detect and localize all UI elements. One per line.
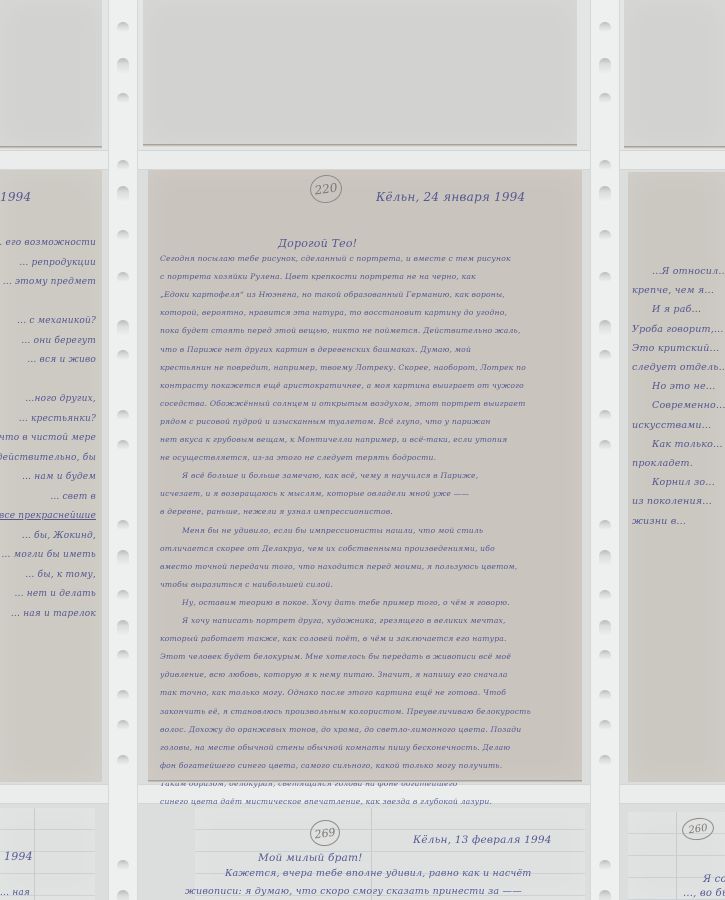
center-letter-page: 220 Кёльн, 24 января 1994 Дорогой Тео! С… xyxy=(148,170,582,782)
punch-hole xyxy=(117,890,129,900)
letter-line: пока будет стоять перед этой вещью, никт… xyxy=(160,326,560,335)
letter-line: с портрета хозяйки Рулена. Цвет крепкост… xyxy=(160,272,560,281)
punch-hole xyxy=(117,860,129,870)
letter-line: Я всё больше и больше замечаю, как всё, … xyxy=(182,471,560,480)
left-letter-line: ... ная и тарелок xyxy=(11,609,96,619)
place-date: Кёльн, 24 января 1994 xyxy=(376,190,525,204)
letter-line: отличается скорее от Делакруа, чем их со… xyxy=(160,544,560,553)
punch-hole xyxy=(599,860,611,870)
letter-line: Я хочу написать портрет друга, художника… xyxy=(182,616,560,625)
left-letter-date: 1994 xyxy=(0,190,31,204)
letter-line: который работает также, как соловей поёт… xyxy=(160,634,560,643)
bottom-right-letter-page: 260 Я созн... ..., во бы... xyxy=(628,812,725,900)
top-left-page xyxy=(0,0,102,148)
margin-line xyxy=(34,808,35,900)
punch-hole xyxy=(117,590,129,600)
punch-hole xyxy=(599,350,611,360)
bottom-right-folio-number: 260 xyxy=(681,816,716,842)
top-center-page-edge xyxy=(143,144,577,147)
punch-hole xyxy=(117,350,129,360)
letter-line: крестьянин не повредит, например, твоему… xyxy=(160,363,560,372)
right-letter-line: крепче, чем я... xyxy=(632,285,714,296)
bottom-left-line: ... ная xyxy=(0,888,30,898)
punch-hole xyxy=(599,550,611,568)
left-letter-line: ...ного других, xyxy=(25,394,96,404)
punch-hole xyxy=(599,440,611,450)
letter-line: волос. Дохожу до оранжевых тонов, до хро… xyxy=(160,725,560,734)
punch-hole xyxy=(117,550,129,568)
right-letter-line: Это критский... xyxy=(632,343,719,354)
letter-line: „Едоки картофеля“ из Нюэнена, но такой о… xyxy=(160,290,560,299)
letter-line: синего цвета даёт мистическое впечатлени… xyxy=(160,797,560,806)
punch-hole xyxy=(117,440,129,450)
bottom-salutation: Мой милый брат! xyxy=(258,852,363,864)
punch-hole xyxy=(117,620,129,638)
bottom-place-date: Кёльн, 13 февраля 1994 xyxy=(413,834,552,846)
top-center-page xyxy=(143,0,577,146)
right-letter-page: ...Я относил...крепче, чем я...И я раб..… xyxy=(628,172,725,782)
right-letter-line: И я раб... xyxy=(652,304,701,315)
letter-line: так точно, как только могу. Однако после… xyxy=(160,688,560,697)
left-letter-line: ... вся и живо xyxy=(27,355,96,365)
letter-line: исчезает, и я возвращаюсь к мыслям, кото… xyxy=(160,489,560,498)
bottom-letter-line: Кажется, вчера тебе вполне удивил, равно… xyxy=(225,868,532,879)
punch-hole xyxy=(599,22,611,32)
right-letter-line: Как только... xyxy=(652,439,723,450)
left-letter-page: 1994 ... его возможности... репродукции.… xyxy=(0,170,102,782)
punch-hole xyxy=(599,890,611,900)
punch-hole xyxy=(599,93,611,103)
top-right-page-edge xyxy=(624,146,725,149)
punch-hole xyxy=(599,160,611,170)
left-letter-line: ... репродукции xyxy=(19,258,96,268)
right-letter-line: ...Я относил... xyxy=(652,266,725,277)
punch-hole xyxy=(117,520,129,530)
right-letter-line: прокладет. xyxy=(632,458,693,469)
letter-line: нет вкуса к грубовым вещам, к Монтичелли… xyxy=(160,435,560,444)
left-letter-line: ... нам и будем xyxy=(22,472,96,482)
punch-hole xyxy=(117,320,129,338)
bottom-left-date: 1994 xyxy=(4,850,33,863)
punch-hole xyxy=(599,58,611,76)
letter-line: вместо точной передачи того, что находит… xyxy=(160,562,560,571)
punch-hole xyxy=(117,186,129,204)
punch-hole xyxy=(599,410,611,420)
letter-line: закончить её, я становлюсь произвольным … xyxy=(160,707,560,716)
punch-hole xyxy=(117,410,129,420)
punch-hole xyxy=(117,720,129,730)
letter-line: головы, на месте обычной стены обычной к… xyxy=(160,743,560,752)
letter-line: Сегодня посылаю тебе рисунок, сделанный … xyxy=(160,254,560,263)
punch-hole xyxy=(599,590,611,600)
left-letter-line: ... все прекраснейшие xyxy=(0,511,96,521)
punch-hole xyxy=(117,755,129,765)
left-letter-line: ... действительно, бы xyxy=(0,453,96,463)
top-left-page-edge xyxy=(0,146,102,149)
punch-hole xyxy=(599,720,611,730)
right-letter-line: следует отдель... xyxy=(632,362,725,373)
punch-hole xyxy=(117,58,129,76)
letter-line: Меня бы не удивило, если бы импрессионис… xyxy=(182,526,560,535)
center-letter-edge xyxy=(148,780,582,783)
letter-line: контрасту покажется ещё аристократичнее,… xyxy=(160,381,560,390)
right-letter-line: из поколения... xyxy=(632,496,712,507)
punch-hole xyxy=(599,755,611,765)
letter-line: не осуществляется, из-за этого не следуе… xyxy=(160,453,560,462)
bottom-letter-line: живописи: я думаю, что скоро смогу сказа… xyxy=(185,886,522,897)
punch-hole xyxy=(599,186,611,204)
letter-line: удивление, всю любовь, которую я к нему … xyxy=(160,670,560,679)
bottom-left-letter-page: 1994 ... ная xyxy=(0,808,95,900)
right-letter-line: Современно... xyxy=(652,400,725,411)
letter-line: Этот человек будет белокурым. Мне хотело… xyxy=(160,652,560,661)
margin-line xyxy=(676,812,677,900)
letter-line: в деревне, раньше, нежели я узнал импрес… xyxy=(160,507,560,516)
letter-line: Ну, оставим теорию в покое. Хочу дать те… xyxy=(182,598,560,607)
left-letter-line: ... бы, Жокинд, xyxy=(22,531,96,541)
letter-line: рядом с рисовой пудрой и изысканным туал… xyxy=(160,417,560,426)
left-letter-line: ... его возможности xyxy=(0,238,96,248)
top-right-page xyxy=(624,0,725,148)
binding-strip-right xyxy=(590,0,620,900)
punch-hole xyxy=(599,272,611,282)
salutation: Дорогой Тео! xyxy=(278,237,357,250)
punch-hole xyxy=(117,93,129,103)
left-letter-line: ... нет и делать xyxy=(14,589,96,599)
punch-hole xyxy=(117,650,129,660)
bottom-center-letter-page: 269 Кёльн, 13 февраля 1994 Мой милый бра… xyxy=(195,808,585,900)
left-letter-line: ... бы, к тому, xyxy=(25,570,96,580)
letter-line: фон богатейшего синего цвета, самого сил… xyxy=(160,761,560,770)
left-letter-line: ... они берегут xyxy=(21,336,96,346)
folio-number: 220 xyxy=(308,173,344,205)
punch-hole xyxy=(117,272,129,282)
punch-hole xyxy=(599,620,611,638)
punch-hole xyxy=(117,230,129,240)
left-letter-line: ... что в чистой мере xyxy=(0,433,96,443)
left-letter-line: ... этому предмет xyxy=(3,277,96,287)
punch-hole xyxy=(599,320,611,338)
right-letter-line: Но это не... xyxy=(652,381,715,392)
punch-hole xyxy=(599,650,611,660)
punch-hole xyxy=(599,690,611,700)
letter-line: чтобы выразиться с наибольшей силой. xyxy=(160,580,560,589)
letter-line: соседства. Обожжённый солнцем и открытым… xyxy=(160,399,560,408)
right-letter-line: жизни в... xyxy=(632,516,686,527)
punch-hole xyxy=(117,160,129,170)
right-letter-line: Корнил зо... xyxy=(652,477,715,488)
punch-hole xyxy=(599,520,611,530)
punch-hole xyxy=(117,690,129,700)
punch-hole xyxy=(117,22,129,32)
left-letter-line: ... крестьянки? xyxy=(19,414,96,424)
bottom-folio-number: 269 xyxy=(308,818,341,848)
punch-hole xyxy=(599,230,611,240)
right-letter-line: искусствами... xyxy=(632,420,711,431)
binding-strip-left xyxy=(108,0,138,900)
letter-line: которой, вероятно, нравится эта натура, … xyxy=(160,308,560,317)
left-letter-line: ... могли бы иметь xyxy=(1,550,96,560)
right-letter-line: Уроба говорит,... xyxy=(632,324,724,335)
left-letter-line: ... свет в xyxy=(50,492,96,502)
letter-line: что в Париже нет других картин в деревен… xyxy=(160,345,560,354)
bottom-right-line: Я созн... xyxy=(703,874,725,885)
left-letter-line: ... с механикой? xyxy=(17,316,96,326)
bottom-right-line: ..., во бы... xyxy=(683,888,725,899)
